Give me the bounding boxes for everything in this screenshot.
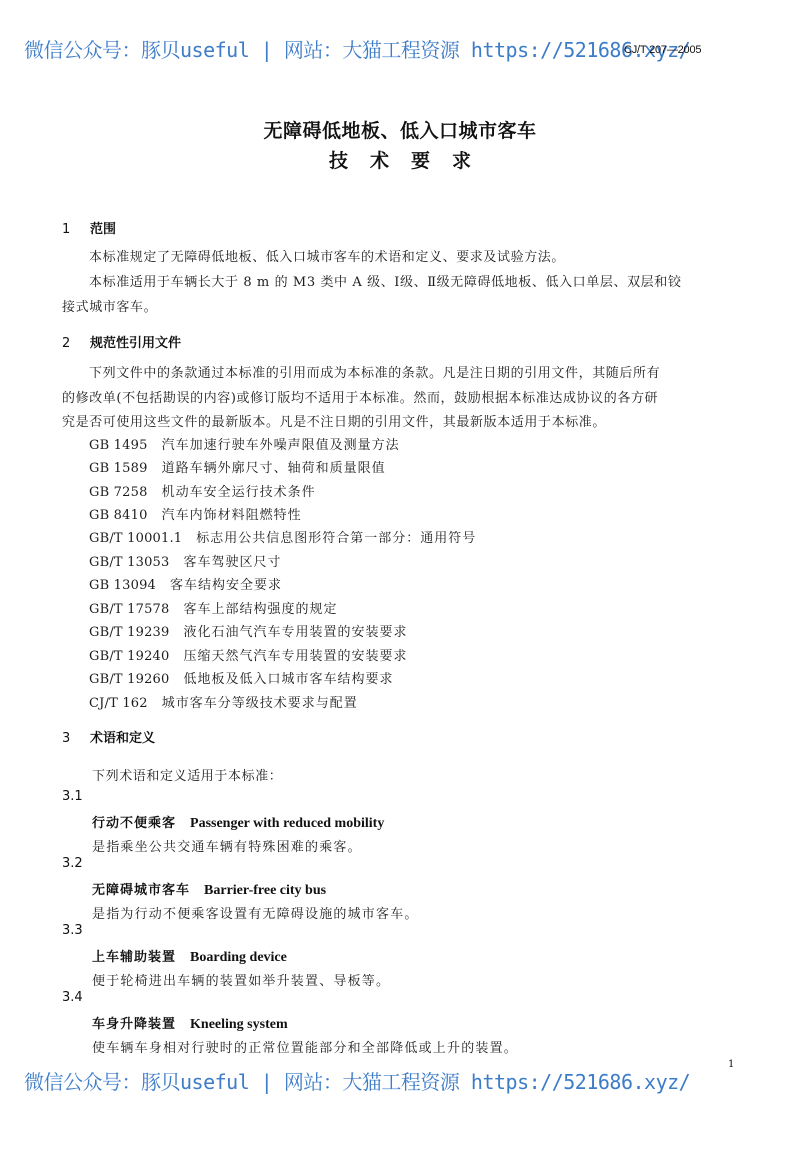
reference-code: GB/T 13053 [89,555,169,570]
term-zh: 上车辅助装置 [92,950,176,965]
reference-title: 压缩天然气汽车专用装置的安装要求 [183,649,407,664]
clause-number: 3.1 [62,789,83,804]
paragraph-line: 接式城市客车。 [62,296,157,315]
reference-code: GB/T 19240 [89,649,169,664]
term-entry: 行动不便乘客Passenger with reduced mobility [92,812,384,832]
term-en: Kneeling system [190,1017,288,1032]
reference-item: GB/T 19239液化石油气汽车专用装置的安装要求 [89,621,408,640]
reference-code: GB/T 19260 [89,672,169,687]
term-definition: 是指乘坐公共交通车辆有特殊困难的乘客。 [92,836,362,855]
reference-item: GB/T 19260低地板及低入口城市客车结构要求 [89,668,394,687]
reference-title: 液化石油气汽车专用装置的安装要求 [183,625,407,640]
paragraph-line: 本标准规定了无障碍低地板、低入口城市客车的术语和定义、要求及试验方法。 [89,246,565,265]
reference-code: GB 8410 [89,508,148,523]
reference-code: GB 13094 [89,578,156,593]
section-heading-3: 3术语和定义 [62,727,155,746]
reference-item: GB/T 17578客车上部结构强度的规定 [89,598,338,617]
reference-title: 机动车安全运行技术条件 [162,485,316,500]
term-entry: 无障碍城市客车Barrier-free city bus [92,879,326,899]
term-zh: 行动不便乘客 [92,816,176,831]
reference-item: GB/T 13053客车驾驶区尺寸 [89,551,282,570]
section-heading-1: 1范围 [62,218,116,237]
reference-code: GB 1495 [89,438,148,453]
reference-title: 道路车辆外廓尺寸、轴荷和质量限值 [162,461,386,476]
section-heading-2: 2规范性引用文件 [62,332,181,351]
reference-item: GB 7258机动车安全运行技术条件 [89,481,316,500]
term-zh: 无障碍城市客车 [92,883,190,898]
reference-title: 汽车加速行驶车外噪声限值及测量方法 [162,438,400,453]
reference-code: CJ/T 162 [89,696,148,711]
watermark-top: 微信公众号：豚贝useful | 网站：大猫工程资源 https://52168… [24,34,690,63]
term-zh: 车身升降装置 [92,1017,176,1032]
page-number: 1 [728,1059,734,1070]
document-title: 无障碍低地板、低入口城市客车 [0,116,800,143]
reference-code: GB/T 17578 [89,602,169,617]
reference-title: 客车结构安全要求 [170,578,282,593]
reference-item: GB/T 19240压缩天然气汽车专用装置的安装要求 [89,645,408,664]
section-number: 2 [62,336,90,351]
reference-title: 城市客车分等级技术要求与配置 [162,696,358,711]
term-entry: 上车辅助装置Boarding device [92,946,287,966]
watermark-bottom: 微信公众号：豚贝useful | 网站：大猫工程资源 https://52168… [24,1066,690,1095]
reference-item: GB 8410汽车内饰材料阻燃特性 [89,504,302,523]
reference-item: GB 1495汽车加速行驶车外噪声限值及测量方法 [89,434,400,453]
section-title: 规范性引用文件 [90,336,181,351]
reference-item: GB/T 10001.1标志用公共信息图形符合第一部分：通用符号 [89,527,476,546]
reference-code: GB 7258 [89,485,148,500]
term-definition: 是指为行动不便乘客设置有无障碍设施的城市客车。 [92,903,419,922]
standard-code: CJ/T 207—2005 [624,44,701,56]
term-definition: 使车辆车身相对行驶时的正常位置能部分和全部降低或上升的装置。 [92,1037,518,1056]
reference-code: GB/T 19239 [89,625,169,640]
term-en: Passenger with reduced mobility [190,816,384,831]
paragraph-line: 下列文件中的条款通过本标准的引用而成为本标准的条款。凡是注日期的引用文件，其随后… [89,362,660,381]
paragraph-line: 的修改单(不包括勘误的内容)或修订版均不适用于本标准。然而，鼓励根据本标准达成协… [62,387,658,406]
reference-title: 客车上部结构强度的规定 [183,602,337,617]
section-title: 术语和定义 [90,731,155,746]
reference-item: GB 1589道路车辆外廓尺寸、轴荷和质量限值 [89,457,386,476]
document-subtitle: 技术要求 [0,146,800,173]
reference-title: 汽车内饰材料阻燃特性 [162,508,302,523]
term-entry: 车身升降装置Kneeling system [92,1013,288,1033]
section-number: 3 [62,731,90,746]
reference-title: 低地板及低入口城市客车结构要求 [183,672,393,687]
paragraph-line: 本标准适用于车辆长大于 8 m 的 M3 类中 A 级、Ⅰ级、Ⅱ级无障碍低地板、… [89,271,681,290]
term-definition: 便于轮椅进出车辆的装置如举升装置、导板等。 [92,970,390,989]
section-number: 1 [62,222,90,237]
reference-item: CJ/T 162城市客车分等级技术要求与配置 [89,692,358,711]
term-en: Boarding device [190,950,287,965]
clause-number: 3.4 [62,990,83,1005]
clause-number: 3.2 [62,856,83,871]
reference-item: GB 13094客车结构安全要求 [89,574,282,593]
section-intro: 下列术语和定义适用于本标准： [92,765,282,784]
reference-title: 客车驾驶区尺寸 [183,555,281,570]
paragraph-line: 究是否可使用这些文件的最新版本。凡是不注日期的引用文件，其最新版本适用于本标准。 [62,411,606,430]
clause-number: 3.3 [62,923,83,938]
reference-title: 标志用公共信息图形符合第一部分：通用符号 [196,531,476,546]
section-title: 范围 [90,222,116,237]
term-en: Barrier-free city bus [204,883,326,898]
reference-code: GB/T 10001.1 [89,531,182,546]
reference-code: GB 1589 [89,461,148,476]
